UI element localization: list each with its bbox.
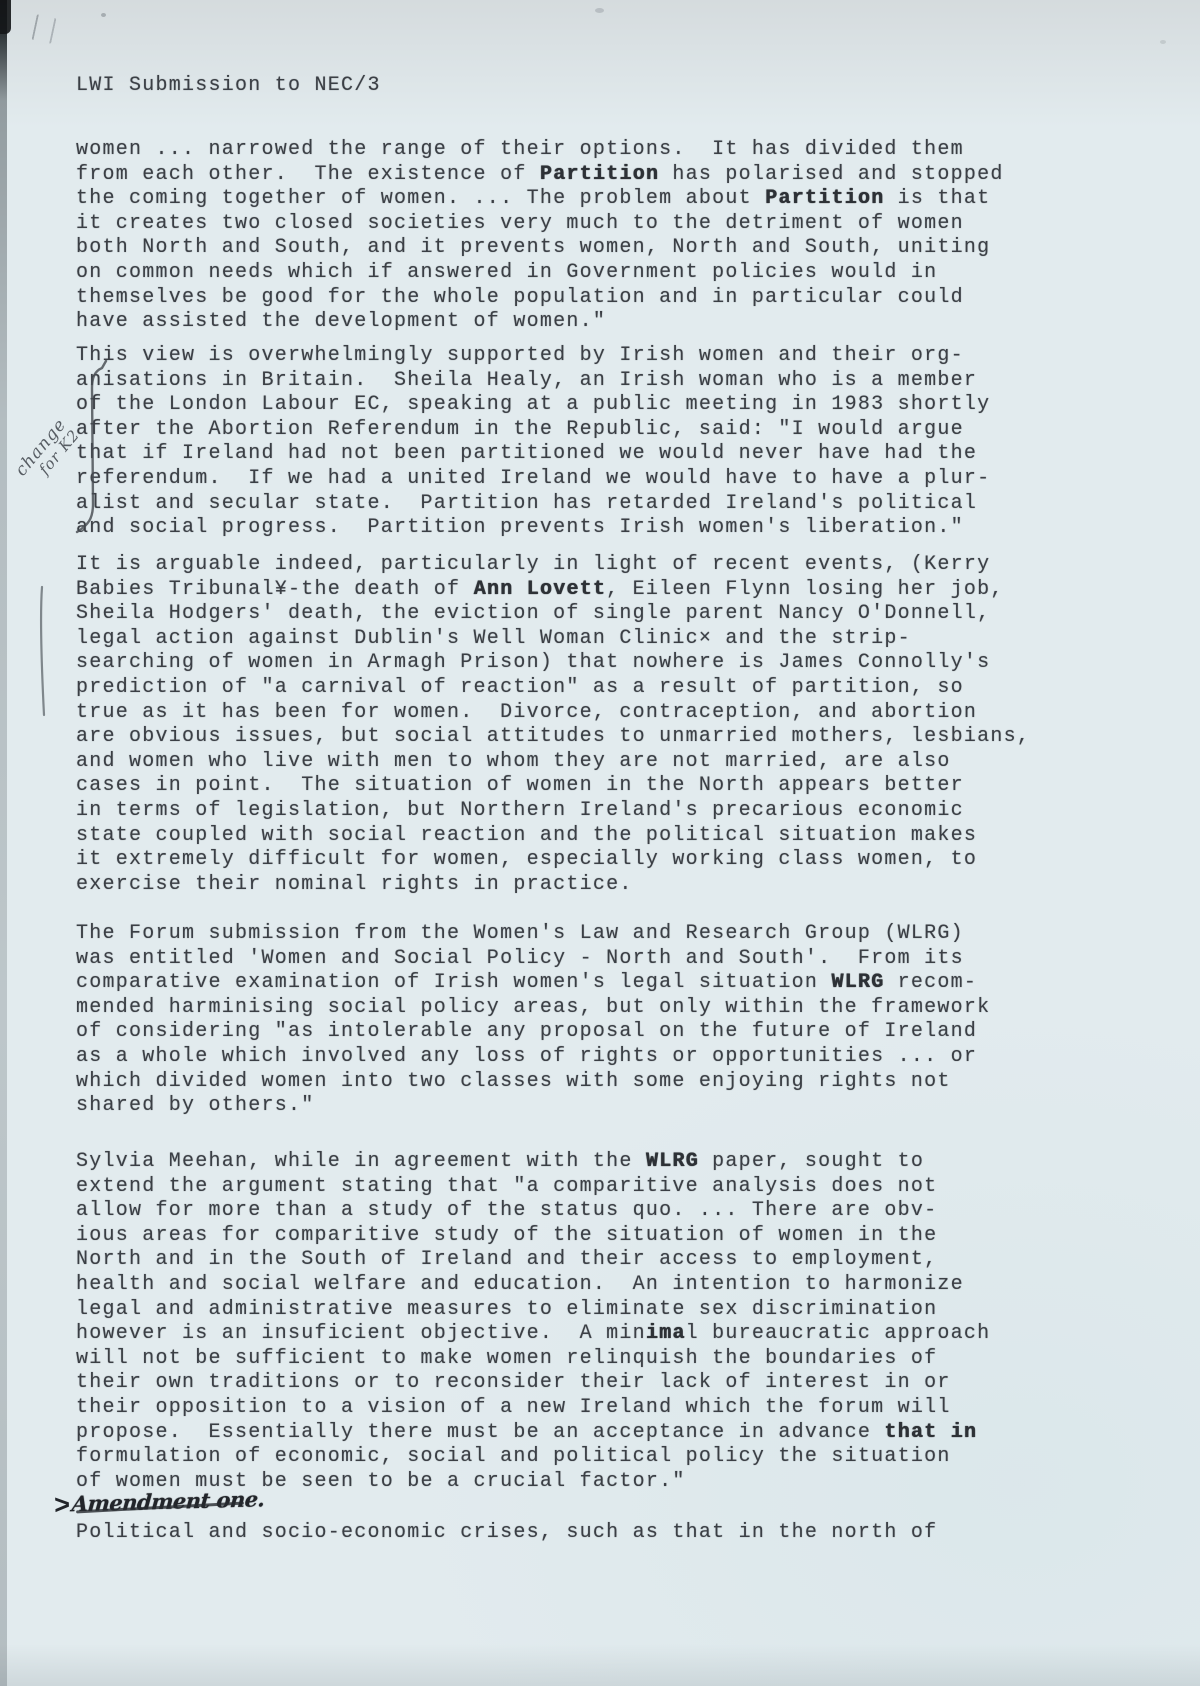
pencil-mark <box>32 14 57 44</box>
typed-text-line: after the Abortion Referendum in the Rep… <box>76 418 990 443</box>
typed-text-line: the coming together of women. ... The pr… <box>76 187 1004 212</box>
typed-text-line: their opposition to a vision of a new Ir… <box>76 1396 990 1421</box>
typed-text-line: and social progress. Partition prevents … <box>76 516 990 541</box>
typed-text-line: cases in point. The situation of women i… <box>76 774 1030 799</box>
paper-speck <box>101 13 106 17</box>
typed-text-line: was entitled 'Women and Social Policy - … <box>76 947 990 972</box>
typed-text-line: which divided women into two classes wit… <box>76 1070 990 1095</box>
typed-text-line: legal and administrative measures to eli… <box>76 1298 990 1323</box>
typed-text-line: from each other. The existence of Partit… <box>76 163 1004 188</box>
typed-text-line: comparative examination of Irish women's… <box>76 971 990 996</box>
typed-text-line: North and in the South of Ireland and th… <box>76 1248 990 1273</box>
typed-text-line: allow for more than a study of the statu… <box>76 1199 990 1224</box>
typed-text-line: anisations in Britain. Sheila Healy, an … <box>76 369 990 394</box>
paragraph-6: Political and socio-economic crises, suc… <box>76 1521 937 1546</box>
typed-text-line: that if Ireland had not been partitioned… <box>76 442 990 467</box>
typed-text-line: Sylvia Meehan, while in agreement with t… <box>76 1150 990 1175</box>
typed-text-line: mended harminising social policy areas, … <box>76 996 990 1021</box>
typed-text-line: Sheila Hodgers' death, the eviction of s… <box>76 602 1030 627</box>
typed-text-line: are obvious issues, but social attitudes… <box>76 725 1030 750</box>
typed-text-line: searching of women in Armagh Prison) tha… <box>76 651 1030 676</box>
typed-text-line: referendum. If we had a united Ireland w… <box>76 467 990 492</box>
paragraph-5: Sylvia Meehan, while in agreement with t… <box>76 1150 990 1494</box>
typed-text-line: ious areas for comparitive study of the … <box>76 1224 990 1249</box>
typed-text-line: in terms of legislation, but Northern Ir… <box>76 799 1030 824</box>
paper-speck <box>595 8 604 13</box>
typed-text-line: exercise their nominal rights in practic… <box>76 873 1030 898</box>
typed-text-line: have assisted the development of women." <box>76 310 1004 335</box>
typed-text-line: it creates two closed societies very muc… <box>76 212 1004 237</box>
scanned-document-page: LWI Submission to NEC/3 women ... narrow… <box>0 0 1200 1686</box>
paragraph-4: The Forum submission from the Women's La… <box>76 922 990 1119</box>
scan-corner-blot <box>0 0 11 34</box>
paragraph-3: It is arguable indeed, particularly in l… <box>76 553 1030 897</box>
scan-edge-left <box>0 0 7 1686</box>
typed-text-line: of considering "as intolerable any propo… <box>76 1020 990 1045</box>
typed-text-line: This view is overwhelmingly supported by… <box>76 344 990 369</box>
typed-text-line: Political and socio-economic crises, suc… <box>76 1521 937 1546</box>
typed-text-line: as a whole which involved any loss of ri… <box>76 1045 990 1070</box>
typed-text-line: both North and South, and it prevents wo… <box>76 236 1004 261</box>
typed-text-line: extend the argument stating that "a comp… <box>76 1175 990 1200</box>
typed-text-line: alist and secular state. Partition has r… <box>76 492 990 517</box>
typed-text-line: It is arguable indeed, particularly in l… <box>76 553 1030 578</box>
typed-text-line: will not be sufficient to make women rel… <box>76 1347 990 1372</box>
paragraph-1: women ... narrowed the range of their op… <box>76 138 1004 335</box>
paper-speck <box>1160 40 1166 44</box>
typed-text-line: The Forum submission from the Women's La… <box>76 922 990 947</box>
typed-text-line: Babies Tribunal¥-the death of Ann Lovett… <box>76 578 1030 603</box>
typed-text-line: shared by others." <box>76 1094 990 1119</box>
title-text: LWI Submission to NEC/3 <box>76 74 381 99</box>
margin-pencil-line <box>36 585 50 717</box>
typed-text-line: on common needs which if answered in Gov… <box>76 261 1004 286</box>
typed-text-line: themselves be good for the whole populat… <box>76 286 1004 311</box>
typed-text-line: women ... narrowed the range of their op… <box>76 138 1004 163</box>
typed-text-line: of the London Labour EC, speaking at a p… <box>76 393 990 418</box>
amendment-arrow-icon: > <box>54 1492 71 1522</box>
typed-text-line: formulation of economic, social and poli… <box>76 1445 990 1470</box>
typed-text-line: legal action against Dublin's Well Woman… <box>76 627 1030 652</box>
typed-text-line: prediction of "a carnival of reaction" a… <box>76 676 1030 701</box>
document-title: LWI Submission to NEC/3 <box>76 74 381 99</box>
handwritten-brace <box>72 358 116 554</box>
typed-text-line: it extremely difficult for women, especi… <box>76 848 1030 873</box>
typed-text-line: however is an insuficient objective. A m… <box>76 1322 990 1347</box>
typed-text-line: health and social welfare and education.… <box>76 1273 990 1298</box>
typed-text-line: their own traditions or to reconsider th… <box>76 1371 990 1396</box>
typed-text-line: true as it has been for women. Divorce, … <box>76 701 1030 726</box>
paragraph-2: This view is overwhelmingly supported by… <box>76 344 990 541</box>
typed-text-line: propose. Essentially there must be an ac… <box>76 1421 990 1446</box>
typed-text-line: and women who live with men to whom they… <box>76 750 1030 775</box>
typed-text-line: state coupled with social reaction and t… <box>76 824 1030 849</box>
